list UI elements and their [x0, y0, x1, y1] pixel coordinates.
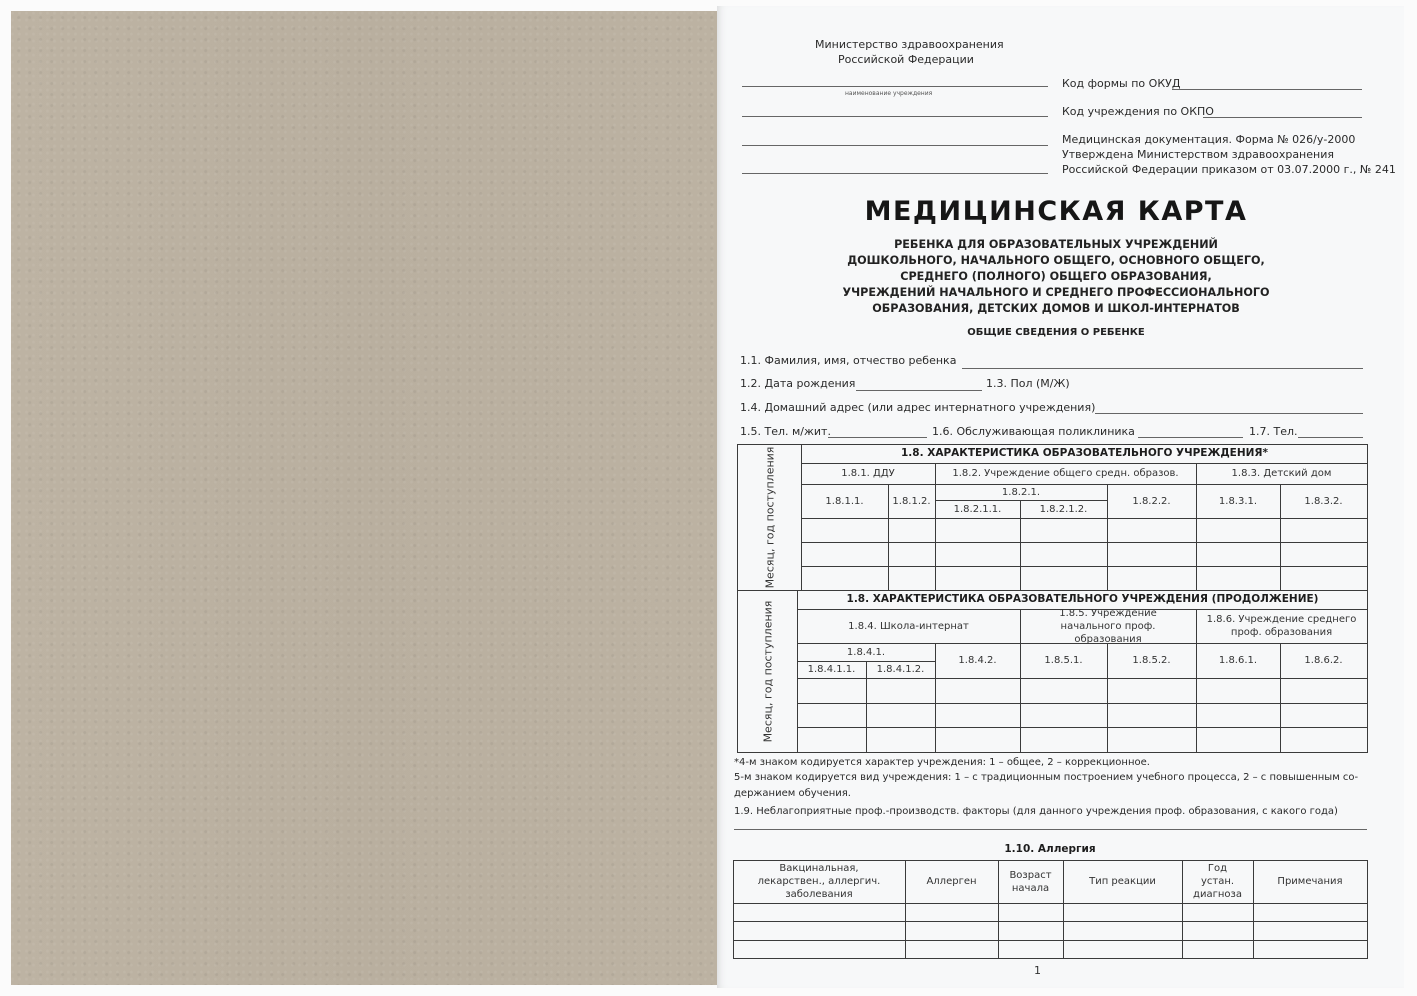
factors-input[interactable] — [734, 829, 1367, 830]
blank-line-3[interactable] — [742, 145, 1048, 146]
column-header: 1.8.4.1. — [797, 643, 935, 661]
column-header: 1.8.3.2. — [1280, 484, 1367, 518]
table-line — [935, 463, 936, 590]
subtitle-line: СРЕДНЕГО (ПОЛНОГО) ОБЩЕГО ОБРАЗОВАНИЯ, — [733, 269, 1379, 285]
form-line1: Медицинская документация. Форма № 026/у-… — [1062, 133, 1355, 146]
field-label-fio: 1.1. Фамилия, имя, отчество ребенка — [740, 354, 956, 367]
table-border — [1367, 444, 1368, 753]
table-title: 1.8. ХАРАКТЕРИСТИКА ОБРАЗОВАТЕЛЬНОГО УЧР… — [802, 444, 1367, 463]
subtitle-line: РЕБЕНКА ДЛЯ ОБРАЗОВАТЕЛЬНЫХ УЧРЕЖДЕНИЙ — [733, 237, 1379, 253]
column-header: 1.8.2.1. — [935, 484, 1107, 500]
column-header: 1.8.4.1.1. — [797, 661, 866, 678]
birthdate-input[interactable] — [856, 390, 982, 391]
fio-input[interactable] — [962, 368, 1363, 369]
footnote-2a: 5-м знаком кодируется вид учреждения: 1 … — [734, 772, 1358, 783]
group-header: 1.8.3. Детский дом — [1196, 463, 1367, 484]
group-header: 1.8.1. ДДУ — [801, 463, 935, 484]
column-header: Вакцинальная, лекарствен., аллергич. заб… — [733, 860, 905, 903]
subtitle-line: УЧРЕЖДЕНИЙ НАЧАЛЬНОГО И СРЕДНЕГО ПРОФЕСС… — [733, 285, 1379, 301]
field-label-phone: 1.7. Тел. — [1249, 425, 1298, 438]
group-header: 1.8.6. Учреждение среднего проф. образов… — [1196, 609, 1367, 643]
field-label-clinic: 1.6. Обслуживающая поликлиника — [932, 425, 1135, 438]
column-header: 1.8.5.2. — [1107, 643, 1196, 678]
field-label-address: 1.4. Домашний адрес (или адрес интернатн… — [740, 401, 1095, 414]
footnote-1: *4-м знаком кодируется характер учрежден… — [734, 757, 1150, 768]
table-row[interactable] — [801, 542, 1367, 543]
side-label: Месяц, год поступления — [738, 591, 797, 752]
group-header: 1.8.2. Учреждение общего средн. образов. — [935, 463, 1196, 484]
allergy-title: 1.10. Аллергия — [733, 843, 1367, 855]
column-header: 1.8.6.1. — [1196, 643, 1280, 678]
column-header: Тип реакции — [1063, 860, 1182, 903]
form-line2: Утверждена Министерством здравоохранения — [1062, 148, 1334, 161]
table-row[interactable] — [797, 727, 1367, 728]
document-title: МЕДИЦИНСКАЯ КАРТА — [733, 196, 1379, 227]
table-row[interactable] — [797, 678, 1367, 679]
okpo-field[interactable] — [1203, 117, 1362, 118]
institution-caption: наименование учреждения — [845, 90, 932, 97]
document-subtitle: РЕБЕНКА ДЛЯ ОБРАЗОВАТЕЛЬНЫХ УЧРЕЖДЕНИЙ Д… — [733, 237, 1379, 317]
subtitle-line: ДОШКОЛЬНОГО, НАЧАЛЬНОГО ОБЩЕГО, ОСНОВНОГ… — [733, 253, 1379, 269]
address-input[interactable] — [1095, 413, 1363, 414]
column-header: Возраст начала — [998, 860, 1063, 903]
column-header: Год устан. диагноза — [1182, 860, 1253, 903]
column-header: 1.8.5.1. — [1020, 643, 1107, 678]
okud-label: Код формы по ОКУД — [1062, 77, 1180, 90]
institution-name-line[interactable] — [742, 86, 1048, 87]
column-header: 1.8.2.1.1. — [935, 500, 1020, 518]
column-header: Аллерген — [905, 860, 998, 903]
footnote-2b: держанием обучения. — [734, 788, 851, 799]
table-border — [737, 752, 1368, 753]
column-header: 1.8.1.2. — [888, 484, 935, 518]
clinic-input[interactable] — [1138, 437, 1243, 438]
column-header: 1.8.2.2. — [1107, 484, 1196, 518]
column-header: 1.8.3.1. — [1196, 484, 1280, 518]
okpo-label: Код учреждения по ОКПО — [1062, 105, 1214, 118]
field-label-birthdate: 1.2. Дата рождения — [740, 377, 855, 390]
table-row[interactable] — [801, 518, 1367, 519]
blank-line-2[interactable] — [742, 116, 1048, 117]
field-label-sex: 1.3. Пол (М/Ж) — [986, 377, 1070, 390]
ministry-line2: Российской Федерации — [838, 53, 974, 66]
subtitle-line: ОБРАЗОВАНИЯ, ДЕТСКИХ ДОМОВ И ШКОЛ-ИНТЕРН… — [733, 301, 1379, 317]
cardboard-cover — [11, 11, 717, 985]
okud-field[interactable] — [1172, 89, 1362, 90]
field-label-factors: 1.9. Неблагоприятные проф.-производств. … — [734, 806, 1338, 817]
table-row[interactable] — [733, 921, 1367, 922]
table-line — [1020, 609, 1021, 752]
table-border — [733, 958, 1368, 959]
table-line — [1196, 463, 1197, 590]
blank-line-4[interactable] — [742, 173, 1048, 174]
section-heading: ОБЩИЕ СВЕДЕНИЯ О РЕБЕНКЕ — [733, 327, 1379, 338]
table-border — [1367, 860, 1368, 958]
group-header: 1.8.4. Школа-интернат — [797, 609, 1020, 643]
column-header: 1.8.1.1. — [801, 484, 888, 518]
phone-home-input[interactable] — [828, 437, 927, 438]
phone-input[interactable] — [1298, 437, 1363, 438]
table-line — [1196, 609, 1197, 752]
table-row[interactable] — [733, 940, 1367, 941]
ministry-line1: Министерство здравоохранения — [815, 38, 1004, 51]
field-label-phone-home: 1.5. Тел. м/жит. — [740, 425, 831, 438]
table-row[interactable] — [733, 903, 1367, 904]
column-header: 1.8.4.2. — [935, 643, 1020, 678]
column-header: 1.8.4.1.2. — [866, 661, 935, 678]
column-header: 1.8.6.2. — [1280, 643, 1367, 678]
column-header: 1.8.2.1.2. — [1020, 500, 1107, 518]
side-label: Месяц, год поступления — [738, 445, 801, 590]
column-header: Примечания — [1253, 860, 1367, 903]
page-number: 1 — [1034, 964, 1041, 977]
form-line3: Российской Федерации приказом от 03.07.2… — [1062, 163, 1396, 176]
group-header: 1.8.5. Учреждение начального проф. образ… — [1020, 609, 1196, 643]
table-row[interactable] — [801, 566, 1367, 567]
table-row[interactable] — [797, 703, 1367, 704]
